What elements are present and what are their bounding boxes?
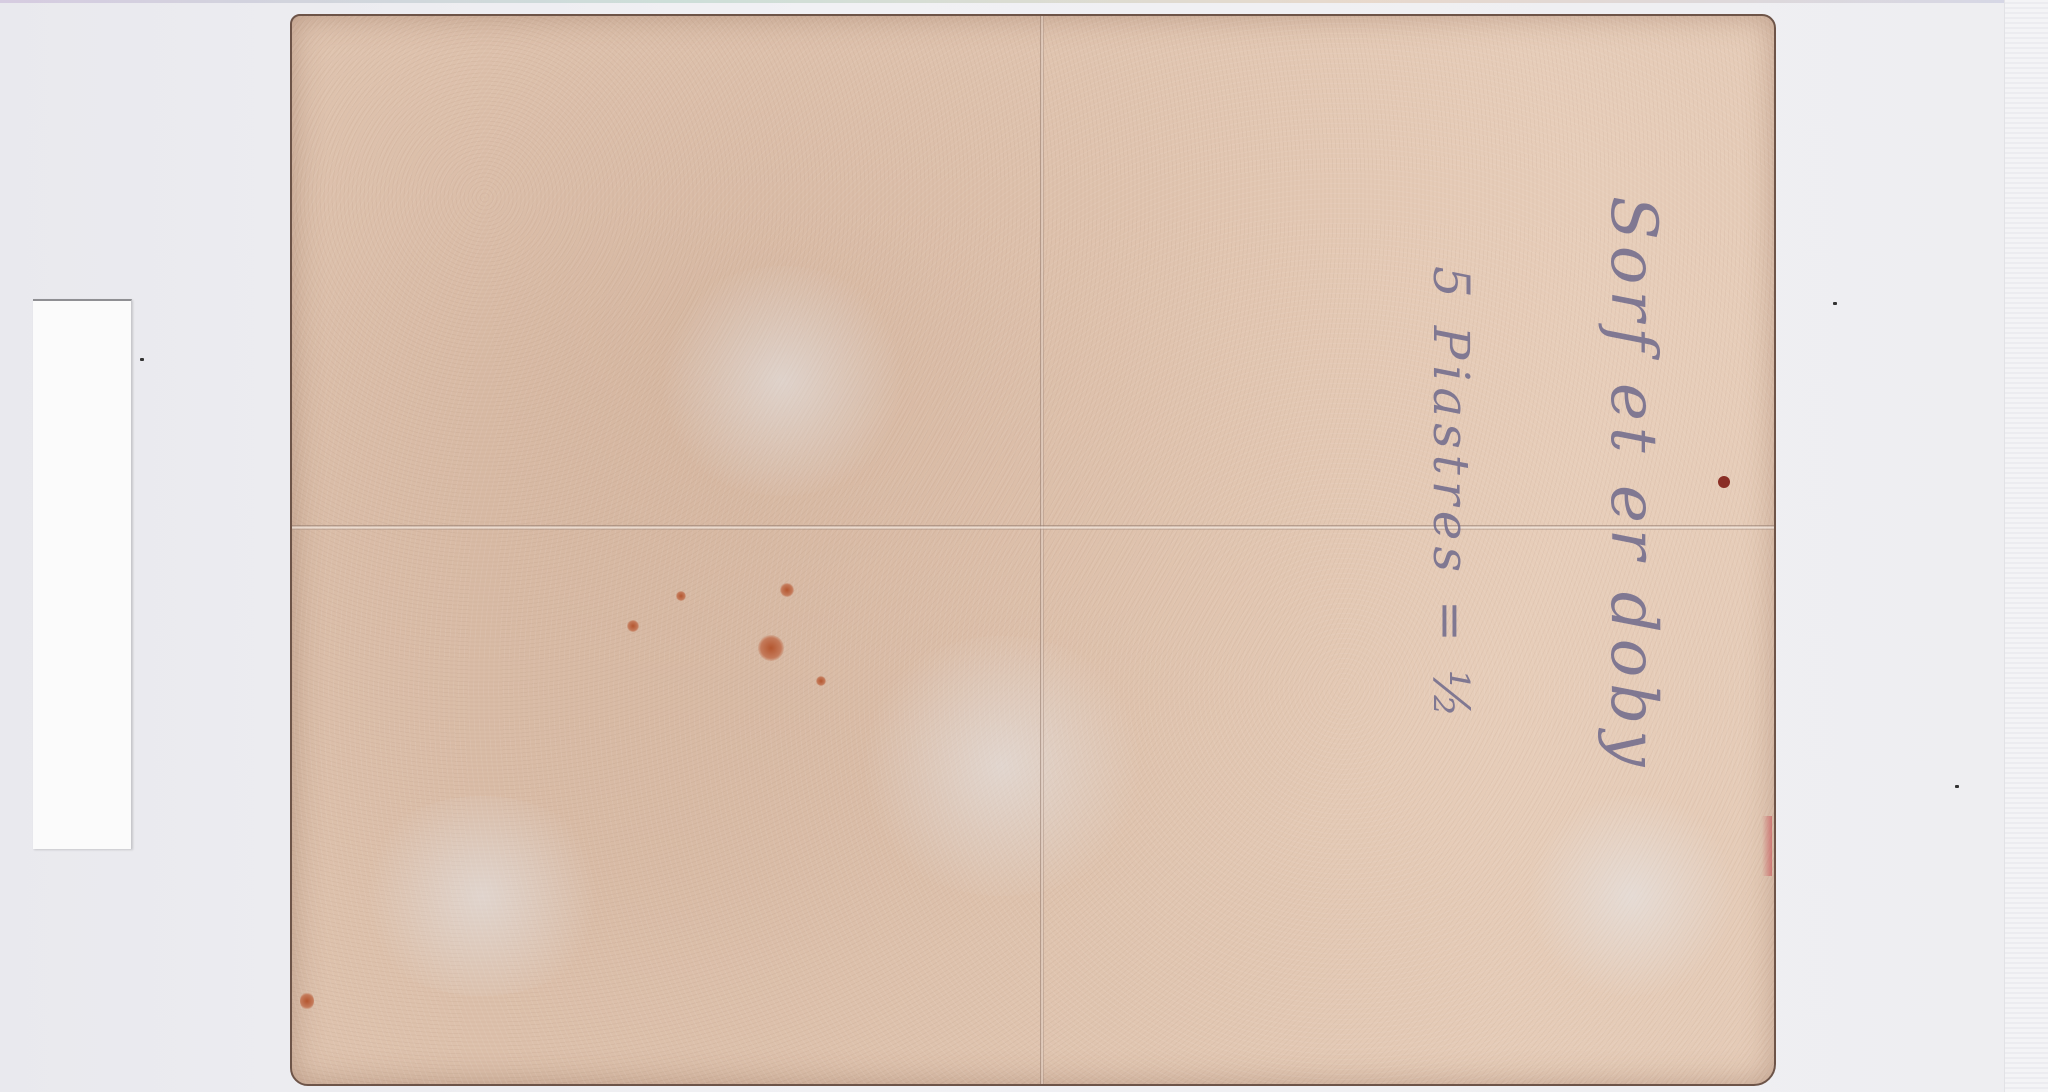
dust-speck [1833,302,1837,305]
ink-dot [1718,476,1730,488]
faded-seal [352,796,612,996]
rust-stain [816,676,826,686]
dust-speck [140,358,144,361]
rust-stain [300,992,314,1010]
rust-stain [676,591,686,601]
edge-stain [1762,816,1772,876]
horizontal-fold [292,525,1774,530]
vertical-fold [1040,16,1044,1084]
faded-watermark [652,266,912,496]
faded-seal [1522,796,1742,996]
scan-edge-artifact [0,0,2048,3]
blank-side-label [33,299,132,849]
plastic-sleeve-edge [2004,0,2048,1092]
rust-stain [758,635,784,661]
pencil-note-line-1: Sorf et er doby [1596,196,1670,772]
rust-stain [627,620,639,632]
dust-speck [1955,785,1959,788]
rust-stain [780,583,794,597]
faded-watermark [852,636,1152,896]
banknote-reverse: Sorf et er doby 5 Piastres = ½ [290,14,1776,1086]
pencil-note-line-2: 5 Piastres = ½ [1422,266,1480,724]
